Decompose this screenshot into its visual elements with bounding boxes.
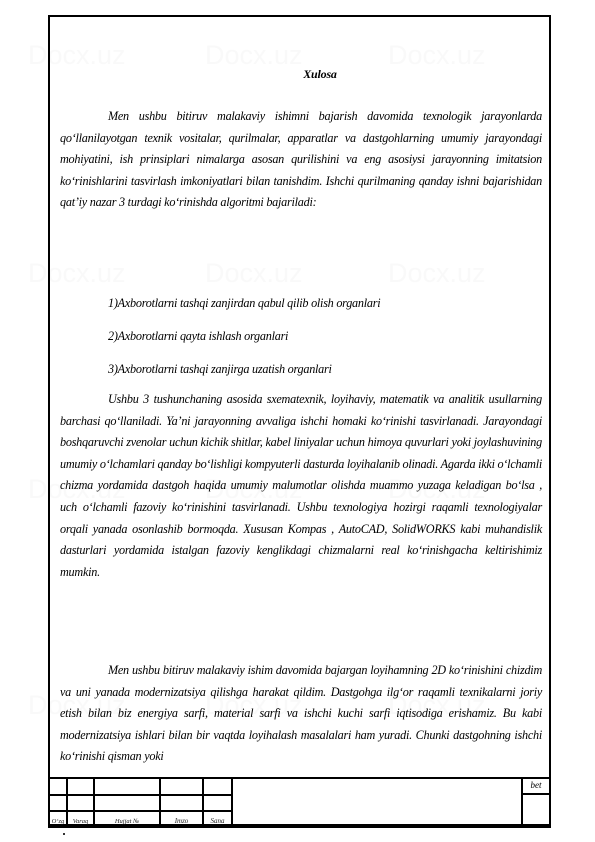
- stamp-label-ozg: O‘zg: [50, 818, 66, 825]
- stamp-cell-hujjat: Hujjat №: [95, 812, 161, 828]
- stamp-cell: [68, 796, 95, 812]
- stamp-main-cell: [233, 779, 523, 828]
- stamp-label-sana: Sana: [204, 817, 231, 825]
- stamp-sheet-number-cell: [523, 795, 551, 828]
- stamp-cell-ozg: O‘zg: [48, 812, 68, 828]
- stamp-label-imzo: Imzo: [161, 817, 202, 825]
- paragraph-intro: Men ushbu bitiruv malakaviy ishimni baja…: [60, 106, 542, 214]
- list-item: 1)Axborotlarni tashqi zanjirdan qabul qi…: [108, 296, 380, 311]
- paragraph-conclusion: Men ushbu bitiruv malakaviy ishim davomi…: [60, 660, 542, 768]
- stamp-cell: [95, 779, 161, 796]
- stamp-cell-varaq: Varaq: [68, 812, 95, 828]
- stamp-sheet-label-cell: bet: [523, 779, 551, 795]
- title-block-grid: O‘zg Varaq Hujjat № Imzo Sana bet: [48, 777, 551, 826]
- stamp-cell: [48, 796, 68, 812]
- stamp-label-varaq: Varaq: [68, 818, 93, 825]
- list-item: 3)Axborotlarni tashqi zanjirga uzatish o…: [108, 362, 332, 377]
- stamp-cell-imzo: Imzo: [161, 812, 204, 828]
- stamp-sheet-label: bet: [523, 780, 549, 790]
- stamp-cell: [204, 779, 233, 796]
- title-block: O‘zg Varaq Hujjat № Imzo Sana bet: [48, 777, 551, 826]
- paragraph-methods: Ushbu 3 tushunchaning asosida sxematexni…: [60, 389, 542, 583]
- stamp-cell: [68, 779, 95, 796]
- page-title: Xulosa: [60, 67, 580, 82]
- stamp-label-hujjat: Hujjat №: [95, 818, 159, 825]
- stamp-cell: [204, 796, 233, 812]
- stamp-cell: [48, 779, 68, 796]
- stamp-cell-sana: Sana: [204, 812, 233, 828]
- page-mark: [63, 833, 65, 835]
- stamp-cell: [161, 796, 204, 812]
- stamp-cell: [161, 779, 204, 796]
- list-item: 2)Axborotlarni qayta ishlash organlari: [108, 329, 288, 344]
- stamp-cell: [95, 796, 161, 812]
